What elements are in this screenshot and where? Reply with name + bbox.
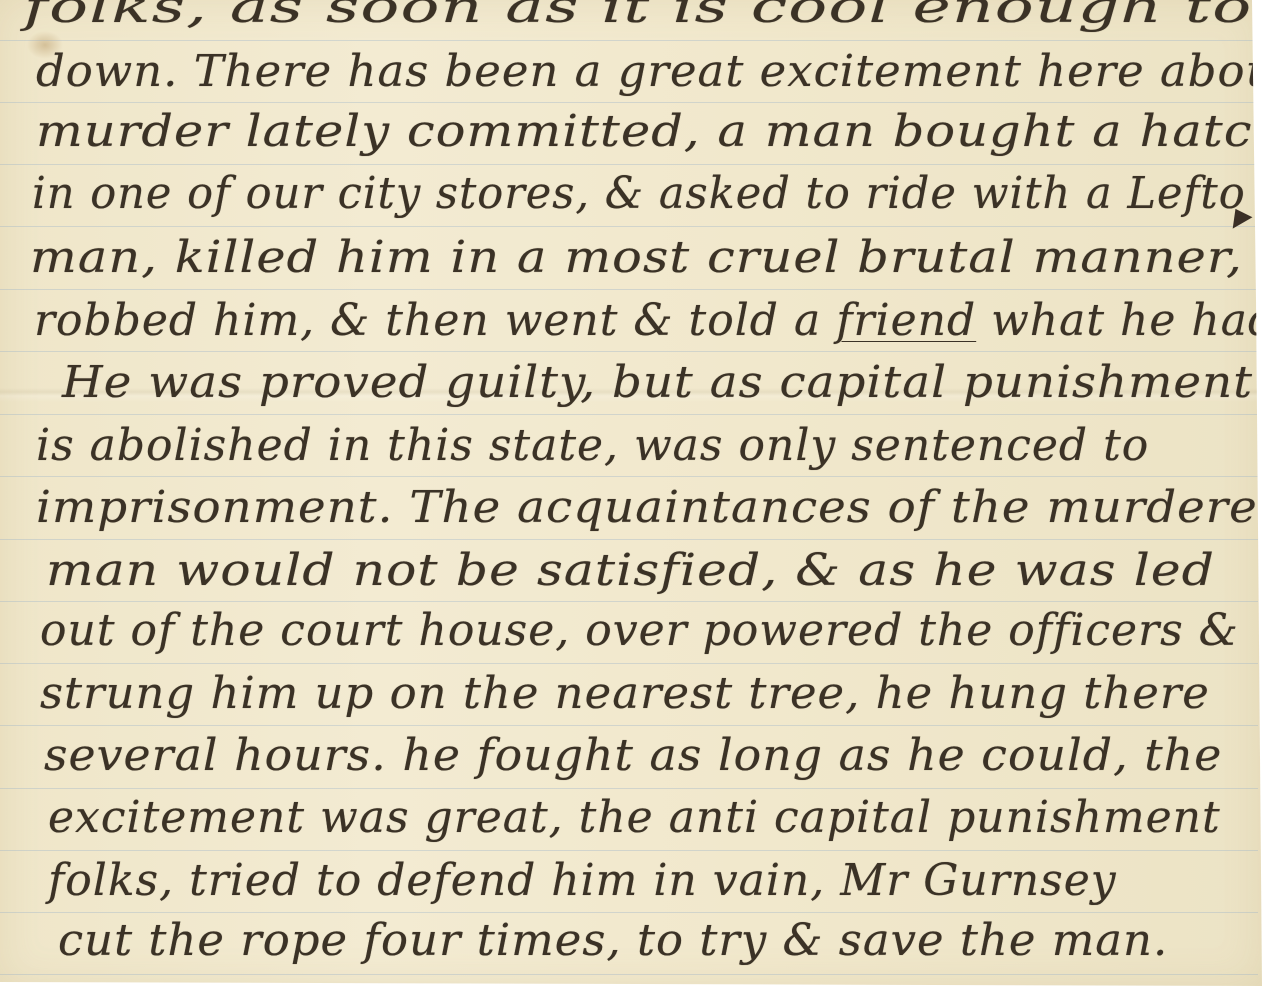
handwriting-line-8: is abolished in this state, was only sen… [36,420,1149,471]
ruled-line [0,289,1258,290]
handwriting-line-4: in one of our city stores, & asked to ri… [32,168,1246,219]
ruled-line [0,476,1258,477]
ruled-line [0,912,1258,913]
line-15-text: folks, tried to defend him in vain, Mr G… [48,855,1117,906]
handwriting-line-14: excitement was great, the anti capital p… [48,792,1221,843]
handwriting-line-3: murder lately committed, a man bought a … [36,106,1287,157]
ruled-line [0,663,1258,664]
ruled-line [0,40,1258,41]
handwriting-line-16: cut the rope four times, to try & save t… [58,915,1168,966]
ruled-line [0,102,1258,103]
scanned-letter: folks, as soon as it is cool enough to c… [0,0,1287,990]
ruled-line [0,164,1258,165]
handwriting-line-9: imprisonment. The acquaintances of the m… [36,482,1287,533]
ruled-line [0,974,1258,975]
ruled-line [0,351,1258,352]
ruled-line [0,539,1258,540]
ruled-line [0,601,1258,602]
handwriting-line-2: down. There has been a great excitement … [36,46,1287,97]
handwriting-line-13: several hours. he fought as long as he c… [44,730,1222,781]
line-6-end: what he had done. [991,295,1287,346]
ruled-line [0,788,1258,789]
handwriting-line-11: out of the court house, over powered the… [40,605,1239,656]
paper-corner-tab [1233,209,1254,231]
ruled-line [0,226,1258,227]
handwriting-line-12: strung him up on the nearest tree, he hu… [40,668,1210,719]
ruled-line [0,414,1258,415]
underlined-word-friend: friend [836,295,976,346]
ruled-line [0,850,1258,851]
ruled-line [0,725,1258,726]
handwriting-line-10: man would not be satisfied, & as he was … [46,545,1215,596]
handwriting-line-7: He was proved guilty, but as capital pun… [62,357,1253,408]
line-6-start: robbed him, & then went & told a [34,295,821,346]
lined-paper: folks, as soon as it is cool enough to c… [0,0,1262,986]
handwriting-line-1: folks, as soon as it is cool enough to c… [24,0,1287,33]
handwriting-line-5: man, killed him in a most cruel brutal m… [30,232,1243,283]
handwriting-line-6: robbed him, & then went & told a friend … [34,295,1287,346]
handwriting-line-15: folks, tried to defend him in vain, Mr G… [48,855,1117,906]
